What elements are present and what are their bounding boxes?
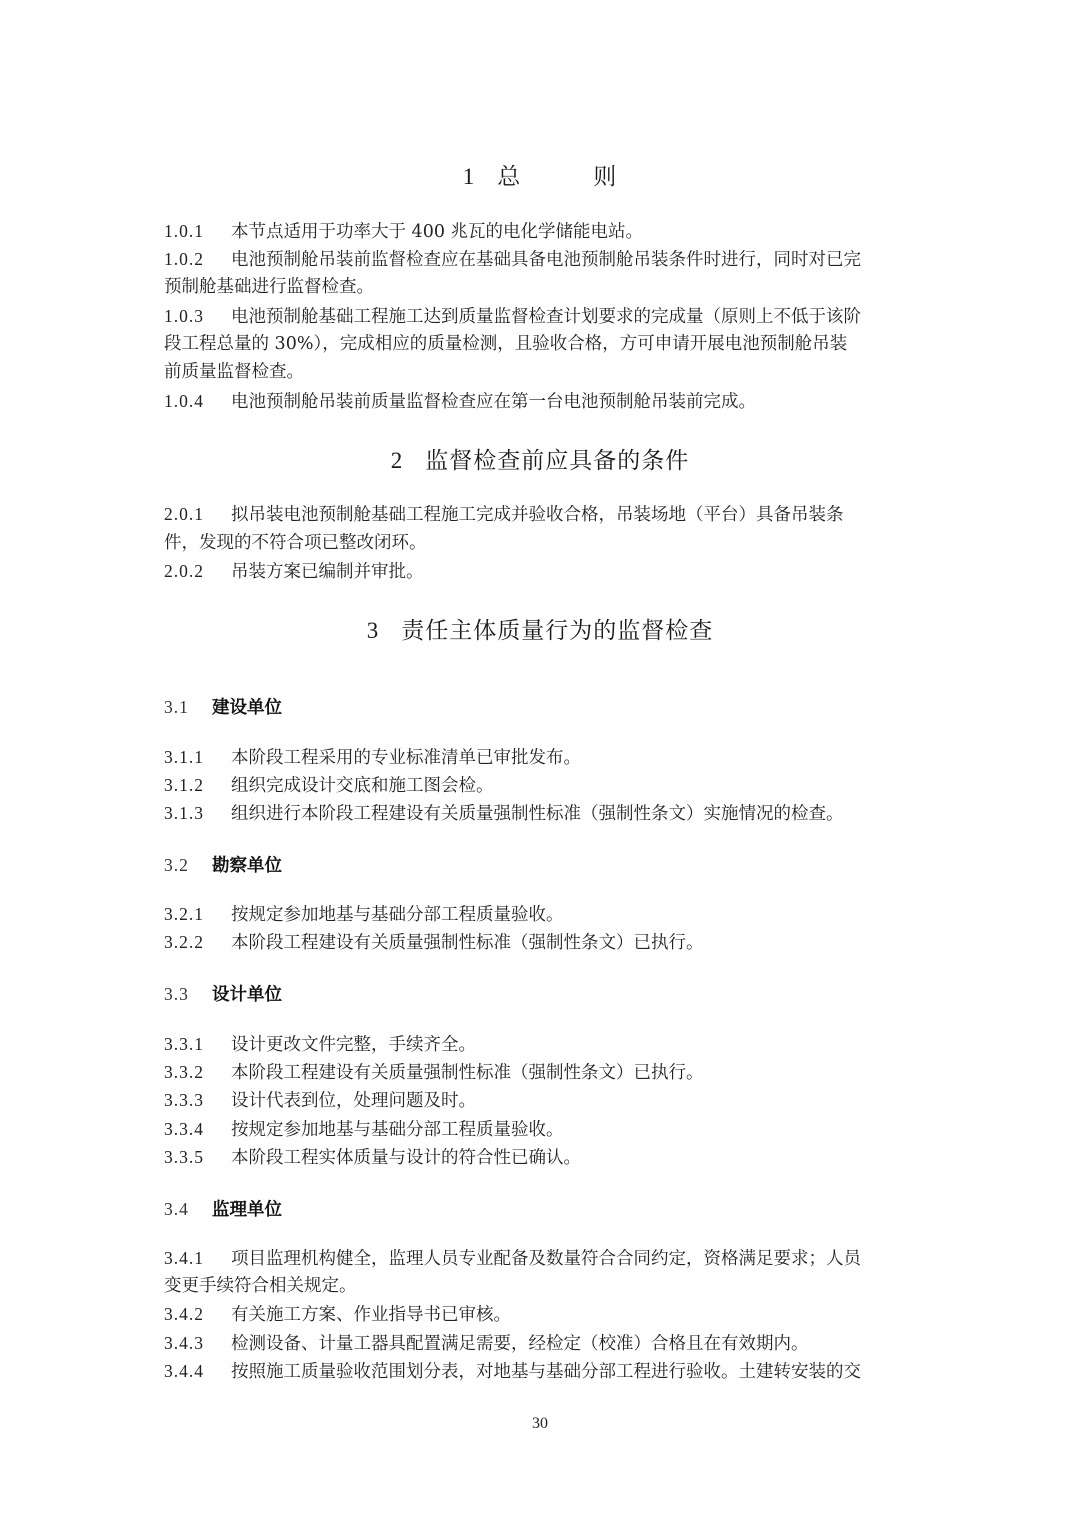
clause-2-0-1: 2.0.1拟吊装电池预制舱基础工程施工完成并验收合格，吊装场地（平台）具备吊装条: [164, 500, 924, 530]
clause-number: 2.0.2: [164, 557, 231, 586]
clause-text: 本节点适用于功率大于 400 兆瓦的电化学储能电站。: [231, 222, 643, 242]
subsection-3-2-heading: 3.2勘察单位: [164, 852, 282, 877]
clause-3-3-1: 3.3.1设计更改文件完整，手续齐全。: [164, 1030, 924, 1060]
clause-text: 本阶段工程采用的专业标准清单已审批发布。: [231, 748, 581, 768]
clause-number: 3.4.4: [164, 1357, 231, 1386]
clause-3-4-3: 3.4.3检测设备、计量工器具配置满足需要，经检定（校准）合格且在有效期内。: [164, 1329, 924, 1359]
clause-number: 3.2.2: [164, 928, 231, 957]
subsection-3-1-heading: 3.1建设单位: [164, 694, 282, 719]
clause-3-3-2: 3.3.2本阶段工程建设有关质量强制性标准（强制性条文）已执行。: [164, 1058, 924, 1088]
clause-1-0-2-continued: 预制舱基础进行监督检查。: [164, 273, 374, 302]
clause-number: 3.1.2: [164, 771, 231, 800]
clause-text: 本阶段工程建设有关质量强制性标准（强制性条文）已执行。: [231, 933, 704, 953]
clause-text: 组织完成设计交底和施工图会检。: [231, 776, 494, 796]
clause-3-1-2: 3.1.2组织完成设计交底和施工图会检。: [164, 771, 924, 801]
clause-3-4-1-continued: 变更手续符合相关规定。: [164, 1272, 357, 1301]
clause-3-2-2: 3.2.2本阶段工程建设有关质量强制性标准（强制性条文）已执行。: [164, 928, 924, 958]
clause-3-4-1: 3.4.1项目监理机构健全，监理人员专业配备及数量符合合同约定，资格满足要求；人…: [164, 1244, 924, 1274]
clause-number: 3.3.1: [164, 1030, 231, 1059]
clause-number: 1.0.3: [164, 302, 231, 331]
subsection-number: 3.3: [164, 984, 212, 1005]
clause-1-0-1: 1.0.1本节点适用于功率大于 400 兆瓦的电化学储能电站。: [164, 217, 924, 247]
subsection-title: 勘察单位: [212, 856, 282, 876]
clause-text: 项目监理机构健全，监理人员专业配备及数量符合合同约定，资格满足要求；人员: [231, 1249, 861, 1269]
clause-3-4-4: 3.4.4按照施工质量验收范围划分表，对地基与基础分部工程进行验收。土建转安装的…: [164, 1357, 924, 1387]
section-title: 责任主体质量行为的监督检查: [401, 618, 713, 644]
clause-3-1-3: 3.1.3组织进行本阶段工程建设有关质量强制性标准（强制性条文）实施情况的检查。: [164, 799, 924, 829]
clause-number: 2.0.1: [164, 500, 231, 529]
clause-number: 3.4.3: [164, 1329, 231, 1358]
clause-text: 组织进行本阶段工程建设有关质量强制性标准（强制性条文）实施情况的检查。: [231, 804, 844, 824]
section-2-heading: 2监督检查前应具备的条件: [0, 442, 1080, 475]
clause-text: 检测设备、计量工器具配置满足需要，经检定（校准）合格且在有效期内。: [231, 1334, 809, 1354]
section-title: 监督检查前应具备的条件: [425, 448, 689, 474]
clause-3-3-3: 3.3.3设计代表到位，处理问题及时。: [164, 1086, 924, 1116]
clause-text: 拟吊装电池预制舱基础工程施工完成并验收合格，吊装场地（平台）具备吊装条: [231, 505, 844, 525]
subsection-number: 3.2: [164, 855, 212, 876]
subsection-title: 设计单位: [212, 985, 282, 1005]
clause-number: 1.0.2: [164, 245, 231, 274]
clause-text: 按照施工质量验收范围划分表，对地基与基础分部工程进行验收。土建转安装的交: [231, 1362, 861, 1382]
clause-1-0-3-continued-2: 前质量监督检查。: [164, 358, 304, 387]
clause-text: 吊装方案已编制并审批。: [231, 562, 424, 582]
subsection-title: 监理单位: [212, 1200, 282, 1220]
clause-text: 设计代表到位，处理问题及时。: [231, 1091, 476, 1111]
clause-3-3-5: 3.3.5本阶段工程实体质量与设计的符合性已确认。: [164, 1143, 924, 1173]
section-title: 总 则: [497, 164, 617, 190]
clause-1-0-3: 1.0.3电池预制舱基础工程施工达到质量监督检查计划要求的完成量（原则上不低于该…: [164, 302, 924, 332]
clause-1-0-2: 1.0.2电池预制舱吊装前监督检查应在基础具备电池预制舱吊装条件时进行，同时对已…: [164, 245, 924, 275]
clause-number: 1.0.1: [164, 217, 231, 246]
section-number: 2: [391, 448, 404, 473]
clause-text: 按规定参加地基与基础分部工程质量验收。: [231, 905, 564, 925]
clause-text: 设计更改文件完整，手续齐全。: [231, 1035, 476, 1055]
clause-number: 3.1.3: [164, 799, 231, 828]
subsection-3-3-heading: 3.3设计单位: [164, 981, 282, 1006]
clause-number: 3.3.5: [164, 1143, 231, 1172]
clause-text: 本阶段工程建设有关质量强制性标准（强制性条文）已执行。: [231, 1063, 704, 1083]
clause-number: 3.1.1: [164, 743, 231, 772]
clause-text: 电池预制舱吊装前监督检查应在基础具备电池预制舱吊装条件时进行，同时对已完: [231, 250, 861, 270]
clause-3-1-1: 3.1.1本阶段工程采用的专业标准清单已审批发布。: [164, 743, 924, 773]
document-page: 1总 则 1.0.1本节点适用于功率大于 400 兆瓦的电化学储能电站。 1.0…: [0, 0, 1080, 1527]
clause-number: 1.0.4: [164, 387, 231, 416]
clause-1-0-4: 1.0.4电池预制舱吊装前质量监督检查应在第一台电池预制舱吊装前完成。: [164, 387, 924, 417]
subsection-title: 建设单位: [212, 698, 282, 718]
subsection-3-4-heading: 3.4监理单位: [164, 1196, 282, 1221]
section-1-heading: 1总 则: [0, 158, 1080, 191]
clause-number: 3.4.1: [164, 1244, 231, 1273]
clause-number: 3.3.4: [164, 1115, 231, 1144]
clause-number: 3.2.1: [164, 900, 231, 929]
clause-text: 本阶段工程实体质量与设计的符合性已确认。: [231, 1148, 581, 1168]
clause-text: 电池预制舱吊装前质量监督检查应在第一台电池预制舱吊装前完成。: [231, 392, 756, 412]
clause-text: 有关施工方案、作业指导书已审核。: [231, 1305, 511, 1325]
clause-3-2-1: 3.2.1按规定参加地基与基础分部工程质量验收。: [164, 900, 924, 930]
section-3-heading: 3责任主体质量行为的监督检查: [0, 612, 1080, 645]
clause-text: 电池预制舱基础工程施工达到质量监督检查计划要求的完成量（原则上不低于该阶: [231, 307, 861, 327]
page-number: 30: [0, 1415, 1080, 1433]
section-number: 1: [463, 164, 476, 189]
clause-3-3-4: 3.3.4按规定参加地基与基础分部工程质量验收。: [164, 1115, 924, 1145]
subsection-number: 3.4: [164, 1199, 212, 1220]
clause-text: 按规定参加地基与基础分部工程质量验收。: [231, 1120, 564, 1140]
clause-number: 3.3.2: [164, 1058, 231, 1087]
clause-3-4-2: 3.4.2有关施工方案、作业指导书已审核。: [164, 1300, 924, 1330]
clause-2-0-2: 2.0.2吊装方案已编制并审批。: [164, 557, 924, 587]
subsection-number: 3.1: [164, 697, 212, 718]
clause-number: 3.4.2: [164, 1300, 231, 1329]
section-number: 3: [367, 618, 380, 643]
clause-1-0-3-continued: 段工程总量的 30%），完成相应的质量检测，且验收合格，方可申请开展电池预制舱吊…: [164, 330, 847, 359]
clause-number: 3.3.3: [164, 1086, 231, 1115]
clause-2-0-1-continued: 件，发现的不符合项已整改闭环。: [164, 529, 427, 558]
